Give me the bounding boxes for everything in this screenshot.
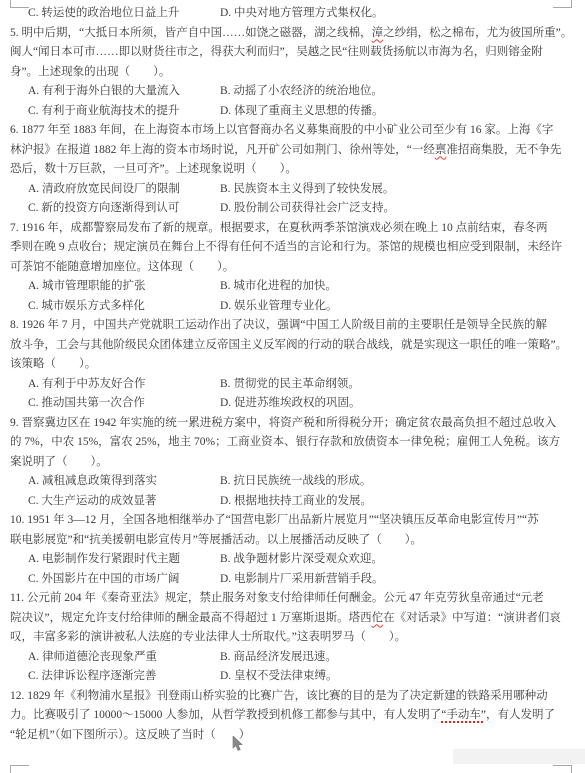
question-8-line-1: 8. 1926 年 7 月，中国共产党就职工运动作出了决议，强调“中国工人阶级目… — [10, 316, 575, 336]
question-9-line-3: 案说明了（ ）。 — [10, 453, 575, 473]
option-c: C. 外国影片在中国的市场广阔 — [28, 570, 220, 590]
question-6-line-3: 恐后，数十万巨款，一旦可齐”。上述现象说明（ ）。 — [10, 160, 575, 180]
option-row: C. 外国影片在中国的市场广阔D. 电影制片厂采用新营销手段。 — [10, 570, 575, 590]
option-c: C. 转运使的政治地位日益上升 — [28, 4, 220, 24]
embedded-image-edge — [453, 749, 585, 764]
option-d: D. 股份制公司获得社会广泛支持。 — [220, 199, 575, 219]
option-row: C. 推动国共第一次合作D. 促进苏维埃政权的巩固。 — [10, 394, 575, 414]
option-c: C. 法律诉讼程序逐渐完善 — [28, 667, 220, 687]
option-d: D. 根据地扶持工商业的发展。 — [220, 492, 575, 512]
option-c: C. 大生产运动的成效显著 — [28, 492, 220, 512]
question-5-line-1: 5. 明中后期，“大抵日本所须，皆产自中国……如饶之磁器，湖之线棉，漳之纱绢，松… — [10, 24, 575, 44]
option-c: C. 城市娱乐方式多样化 — [28, 297, 220, 317]
word-document-page: C. 转运使的政治地位日益上升D. 中央对地方管理方式集权化。 5. 明中后期，… — [0, 0, 585, 773]
option-d: D. 中央对地方管理方式集权化。 — [220, 4, 575, 24]
question-11-line-3: 叹，丰富多彩的演讲被私人法庭的专业法律人士所取代。”这表明罗马（ ）。 — [10, 628, 575, 648]
question-6-line-1: 6. 1877 年至 1883 年间，在上海资本市场上以官督商办名义募集商股的中… — [10, 121, 575, 141]
question-7-line-1: 7. 1916 年，成都警察局发布了新的规章。根据要求，在夏秋两季茶馆演戏必须在… — [10, 219, 575, 239]
option-row: C. 法律诉讼程序逐渐完善D. 皇权不受法律束缚。 — [10, 667, 575, 687]
option-row: C. 转运使的政治地位日益上升D. 中央对地方管理方式集权化。 — [10, 4, 575, 24]
option-b: B. 民族资本主义得到了较快发展。 — [220, 180, 575, 200]
option-b: B. 抗日民族统一战线的形成。 — [220, 472, 575, 492]
question-7-line-2: 季则在晚 9 点收台；规定演员在舞台上不得有任何不适当的言论和行为。茶馆的规模也… — [10, 238, 575, 258]
option-row: A. 有利于中苏友好合作B. 贯彻党的民主革命纲领。 — [10, 375, 575, 395]
question-10-line-2: 联电影展览”和“抗美援朝电影宣传月”等展播活动。以上展播活动反映了（ ）。 — [10, 531, 575, 551]
spellcheck-dotted-text: “手动车” — [441, 709, 486, 721]
option-a: A. 电影制作发行紧跟时代主题 — [28, 550, 220, 570]
option-c: C. 有利于商业航海技术的提升 — [28, 102, 220, 122]
option-row: C. 新的投资方向逐渐得到认可D. 股份制公司获得社会广泛支持。 — [10, 199, 575, 219]
question-8-line-3: 该策略（ ）。 — [10, 355, 575, 375]
option-row: C. 城市娱乐方式多样化D. 娱乐业管理专业化。 — [10, 297, 575, 317]
option-row: A. 清政府放宽民间设厂的限制B. 民族资本主义得到了较快发展。 — [10, 180, 575, 200]
option-row: C. 有利于商业航海技术的提升D. 体现了重商主义思想的传播。 — [10, 102, 575, 122]
option-a: A. 律师道德沦丧现象严重 — [28, 648, 220, 668]
spellcheck-underlined-text: 漳 — [372, 27, 384, 39]
option-b: B. 动摇了小农经济的统治地位。 — [220, 82, 575, 102]
option-row: A. 律师道德沦丧现象严重B. 商品经济发展迅速。 — [10, 648, 575, 668]
question-8-line-2: 放斗争，工会与其他阶级民众团体建立反帝国主义反军阀的行动的联合战线，就是实现这一… — [10, 336, 575, 356]
option-a: A. 城市管理职能的扩张 — [28, 277, 220, 297]
option-b: B. 商品经济发展迅速。 — [220, 648, 575, 668]
question-5-line-2: 闽人“闻日本可市……即以财货往市之，得获大利而归”，吴越之民“往则载货扬航以市海… — [10, 43, 575, 63]
question-11-line-1: 11. 公元前 204 年《秦奇亚法》规定，禁止服务对象支付给律师任何酬金。公元… — [10, 589, 575, 609]
option-a: A. 有利于中苏友好合作 — [28, 375, 220, 395]
text-boundary-corner-mark-bottom-left — [10, 765, 29, 773]
option-b: B. 战争题材影片深受观众欢迎。 — [220, 550, 575, 570]
option-b: B. 城市化进程的加快。 — [220, 277, 575, 297]
spellcheck-underlined-text: 佗 — [372, 612, 384, 624]
option-d: D. 体现了重商主义思想的传播。 — [220, 102, 575, 122]
option-a: A. 减租减息政策得到落实 — [28, 472, 220, 492]
question-12-line-3: “轮足机”（如下图所示）。这反映了当时（ ） — [10, 726, 575, 746]
exam-questions-text: C. 转运使的政治地位日益上升D. 中央对地方管理方式集权化。 5. 明中后期，… — [10, 4, 575, 745]
spellcheck-underlined-text: 禀 — [435, 144, 447, 156]
option-b: B. 贯彻党的民主革命纲领。 — [220, 375, 575, 395]
option-d: D. 皇权不受法律束缚。 — [220, 667, 575, 687]
question-10-line-1: 10. 1951 年 3—12 月，全国各地相继举办了“国营电影厂出品新片展览月… — [10, 511, 575, 531]
option-a: A. 清政府放宽民间设厂的限制 — [28, 180, 220, 200]
question-12-line-1: 12. 1829 年《利物浦水星报》刊登雨山桥实验的比赛广告，该比赛的目的是为了… — [10, 687, 575, 707]
question-5-line-3: 身”。上述现象的出现（ ）。 — [10, 63, 575, 83]
option-c: C. 新的投资方向逐渐得到认可 — [28, 199, 220, 219]
option-d: D. 促进苏维埃政权的巩固。 — [220, 394, 575, 414]
question-11-line-2: 院决议”，规定允许支付给律师的酬金最高不得超过 1 万塞斯退斯。塔西佗在《对话录… — [10, 609, 575, 629]
option-c: C. 推动国共第一次合作 — [28, 394, 220, 414]
option-a: A. 有利于海外白银的大量流入 — [28, 82, 220, 102]
option-row: A. 城市管理职能的扩张B. 城市化进程的加快。 — [10, 277, 575, 297]
mouse-pointer-icon — [232, 736, 244, 752]
question-9-line-2: 的 7%，中农 15%，富农 25%，地主 70%；工商业资本、银行存款和放债资… — [10, 433, 575, 453]
question-12-line-2: 力。比赛吸引了 10000～15000 人参加，从哲学教授到机修工都参与其中，有… — [10, 706, 575, 726]
text-boundary-corner-mark-bottom-right — [553, 765, 572, 773]
question-9-line-1: 9. 晋察冀边区在 1942 年实施的统一累进税方案中，将资产税和所得税分开；确… — [10, 414, 575, 434]
option-row: A. 减租减息政策得到落实B. 抗日民族统一战线的形成。 — [10, 472, 575, 492]
question-7-line-3: 可茶馆不能随意增加座位。这体现（ ）。 — [10, 258, 575, 278]
question-6-line-2: 林沪报》在报道 1882 年上海的资本市场时说，凡开矿公司如荆门、徐州等处，“一… — [10, 141, 575, 161]
option-row: A. 有利于海外白银的大量流入B. 动摇了小农经济的统治地位。 — [10, 82, 575, 102]
option-d: D. 娱乐业管理专业化。 — [220, 297, 575, 317]
option-row: C. 大生产运动的成效显著D. 根据地扶持工商业的发展。 — [10, 492, 575, 512]
option-d: D. 电影制片厂采用新营销手段。 — [220, 570, 575, 590]
option-row: A. 电影制作发行紧跟时代主题B. 战争题材影片深受观众欢迎。 — [10, 550, 575, 570]
